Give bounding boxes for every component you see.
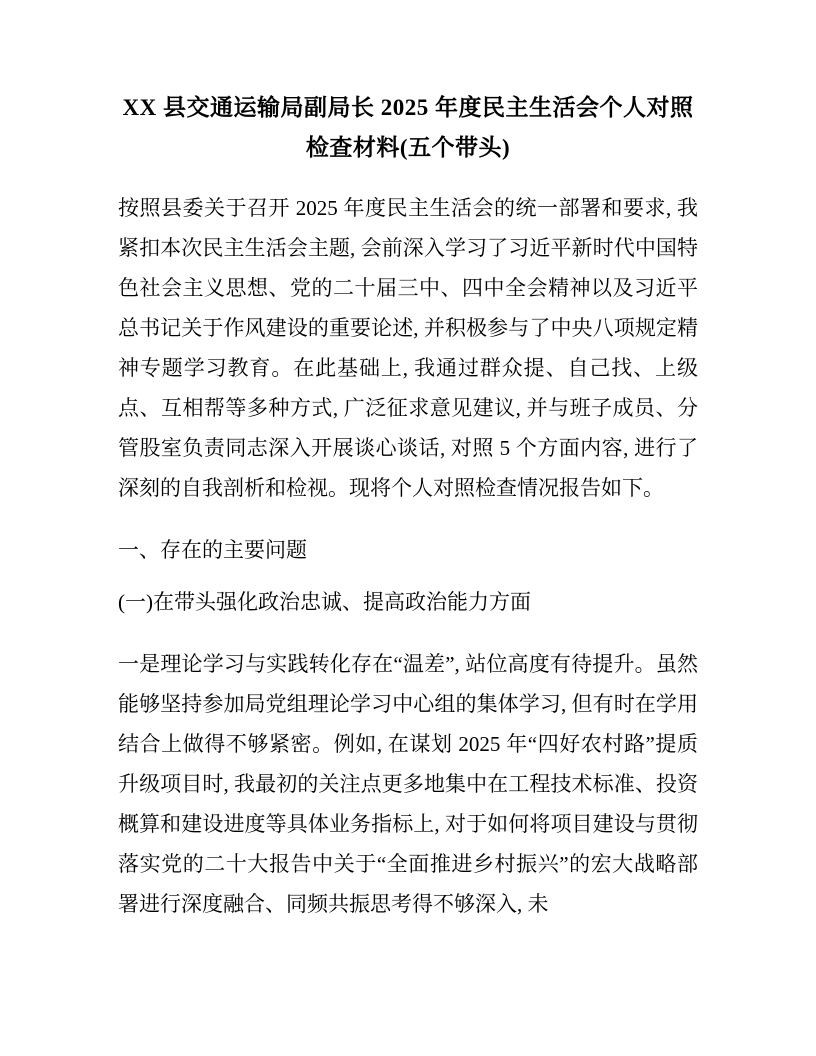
- section-1-subsection-1-heading: (一)在带头强化政治忠诚、提高政治能力方面: [118, 582, 698, 622]
- intro-paragraph: 按照县委关于召开 2025 年度民主生活会的统一部署和要求, 我紧扣本次民主生活…: [118, 188, 698, 508]
- document-title: XX 县交通运输局副局长 2025 年度民主生活会个人对照检查材料(五个带头): [118, 88, 698, 168]
- section-1-heading: 一、存在的主要问题: [118, 530, 698, 570]
- document-page: XX 县交通运输局副局长 2025 年度民主生活会个人对照检查材料(五个带头) …: [0, 0, 816, 1056]
- section-1-subsection-1-paragraph: 一是理论学习与实践转化存在“温差”, 站位高度有待提升。虽然能够坚持参加局党组理…: [118, 644, 698, 924]
